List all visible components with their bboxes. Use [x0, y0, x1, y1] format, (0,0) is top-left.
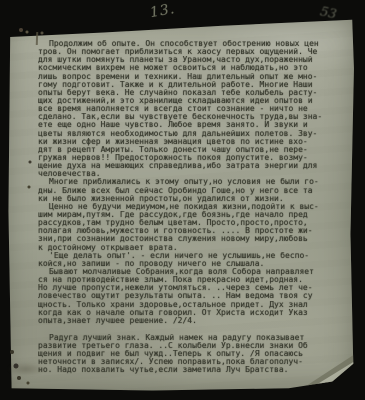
typed-line: Ценно не будучи медиумом,не покидая жизн… [38, 203, 346, 211]
typed-line: дят в рецепт Амриты. Только донести чашу… [38, 146, 346, 154]
ink-specks [0, 0, 2, 2]
typed-line: для шутки помянуть планеты за Ураном,час… [38, 56, 346, 64]
typed-line: Бывают молчаливые Собрания,когда воля Со… [38, 268, 346, 276]
typed-line: рассудков,там трудно белым цветам. Прост… [38, 219, 346, 227]
typed-line: Радуга лучший знак. Каждый намек на раду… [38, 334, 346, 342]
typed-line: сделано. Так,если вы чувствуете бесконеч… [38, 113, 346, 121]
typed-line: гому подготовит. Также и к длительной ра… [38, 81, 346, 89]
typed-line: космическим вихрем не может освоиться и … [38, 64, 346, 72]
typed-line: но. Надо похвалить чутье,если заметила Л… [38, 366, 346, 374]
typed-line: 'Еще делать опыт'. - если ничего не услы… [38, 252, 346, 260]
typed-line: тров. Он помогает приблизиться к хаосу п… [38, 48, 346, 56]
typed-line: щность. Только храни здоровье,остальное … [38, 301, 346, 309]
typed-line: к достойному открывает врата. [38, 244, 346, 252]
photo-background: 13. 53 Продолжим об опыте. Он способству… [0, 0, 365, 400]
typed-line: койся,но запиши - по проводу ничего не с… [38, 260, 346, 268]
typed-line: все время наполняется и всегда стоит соз… [38, 105, 346, 113]
typed-line: ловечество ощутит результаты опыта. .. Н… [38, 292, 346, 300]
typed-line: Но лучше пропусти,нежели утомляться. ..ч… [38, 284, 346, 292]
typed-line: когда как о начале опыта говорил. От Хри… [38, 309, 346, 317]
handwritten-page-number: 13. [149, 1, 177, 21]
typed-line: гружая нервов!! Предосторожность покоя д… [38, 154, 346, 162]
typed-line: щение духа на мешающих справедлива,ибо з… [38, 162, 346, 170]
typed-line: Продолжим об опыте. Он способствует обос… [38, 40, 346, 48]
typed-line: ся на противодействие злым. Пока прекрас… [38, 276, 346, 284]
typed-line: щения и подвиг не был чужд..Теперь к опы… [38, 350, 346, 358]
typed-line: опыты берут века. Не случайно показал те… [38, 89, 346, 97]
typed-line: человечества. [38, 170, 346, 178]
typed-line: цветы являются необходимостью для дальне… [38, 130, 346, 138]
typed-line: зни,при сознании достоинства служения но… [38, 235, 346, 243]
typed-line: опыта,знает лучшее решение. /2/4. [38, 317, 346, 325]
typed-text-block: Продолжим об опыте. Он способствует обос… [38, 40, 346, 375]
typed-line: Многие приближались к этому опыту,но усл… [38, 178, 346, 186]
pencil-corner-number: 53 [319, 4, 338, 22]
typed-line: развитие третьего глаза. ..С колыбели Ур… [38, 342, 346, 350]
typed-line: полагая любовь,мужество и готовность. ..… [38, 227, 346, 235]
typed-line: ете еще одно Наше чувство. Любое время з… [38, 121, 346, 129]
typed-line: ки не было жизненной простоты,он удалилс… [38, 195, 346, 203]
typed-line: неточности в записях/. Успею поправить,п… [38, 358, 346, 366]
typed-line: дны. Ближе всех был сейчас Оробиндо Гоше… [38, 187, 346, 195]
typed-line: щих достижений,и это хранилище складываю… [38, 97, 346, 105]
typed-line: лишь вопрос времени и техники. Наш длите… [38, 73, 346, 81]
typed-line: ки жизни сфер и жизненная эманация цвето… [38, 138, 346, 146]
typed-line: шим мирам,путям. Где рассудок,где боязнь… [38, 211, 346, 219]
ink-smudge [8, 355, 68, 383]
